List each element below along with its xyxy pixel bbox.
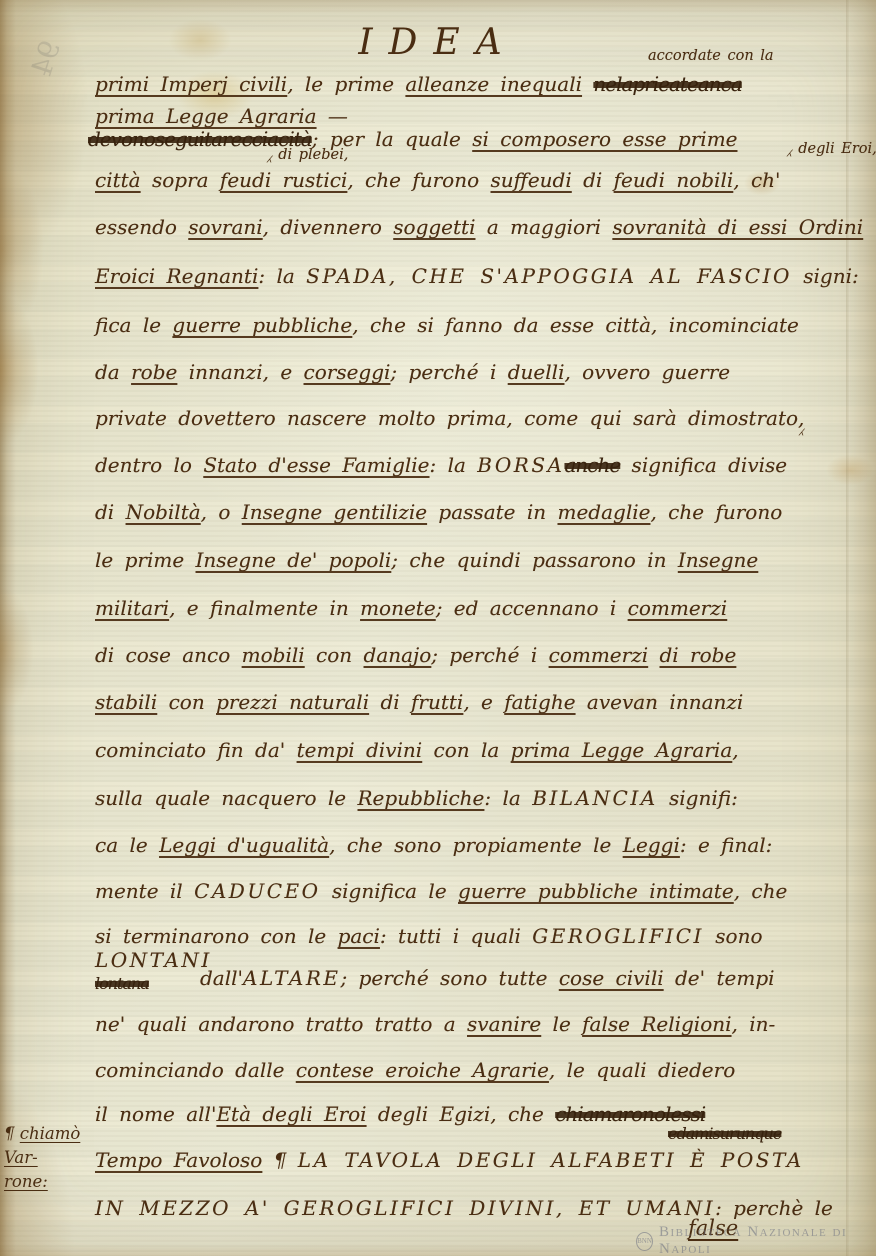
line-12: le prime Insegne de' popoli; che quindi … xyxy=(95,548,758,572)
line-16: cominciato fin da' tempi divini con la p… xyxy=(95,738,739,762)
line-21-strike: lontana xyxy=(95,974,149,993)
line-24-strike2: edamisurunque xyxy=(668,1124,781,1143)
line-22: ne' quali andarono tratto tratto a svani… xyxy=(95,1012,775,1036)
margin-note: ¶ chiamò Var- rone: xyxy=(4,1122,92,1194)
line-20: si terminarono con le paci: tutti i qual… xyxy=(95,924,763,948)
insertion-di-plebei: ⁁ di plebei, xyxy=(268,147,348,163)
line-03: devonoseguitarecciacità; per la quale si… xyxy=(88,127,738,151)
catchword: false xyxy=(688,1216,738,1240)
library-watermark: BNN Biblioteca Nazionale di Napoli xyxy=(636,1224,876,1256)
line-17: sulla quale nacquero le Repubbliche: la … xyxy=(95,786,738,810)
line-10: dentro lo Stato d'esse Famiglie: la BORS… xyxy=(95,453,787,477)
line-15: stabili con prezzi naturali di frutti, e… xyxy=(95,690,743,714)
line-21: dall'ALTARE; perché sono tutte cose civi… xyxy=(200,966,775,990)
bnn-logo-icon: BNN xyxy=(636,1232,653,1251)
line-06: Eroici Regnanti: la SPADA, CHE S'APPOGGI… xyxy=(95,264,859,288)
line-07: fica le guerre pubbliche, che si fanno d… xyxy=(95,313,799,337)
line-04: città sopra feudi rustici, che furono su… xyxy=(95,168,781,192)
insertion-to: ⁁ xyxy=(800,420,804,436)
line-09: private dovettero nascere molto prima, c… xyxy=(95,406,804,430)
insertion-accordate: accordate con la xyxy=(648,48,774,64)
manuscript-page: 94 IDEA accordate con laprimi Imperj civ… xyxy=(0,0,876,1256)
line-23: cominciando dalle contese eroiche Agrari… xyxy=(95,1058,735,1082)
line-05: essendo sovrani, divennero soggetti a ma… xyxy=(95,215,863,239)
line-18: ca le Leggi d'ugualità, che sono propiam… xyxy=(95,833,772,857)
line-19: mente il CADUCEO significa le guerre pub… xyxy=(95,879,787,903)
line-02: prima Legge Agraria — xyxy=(95,104,348,128)
margin-note-line2: rone: xyxy=(4,1172,48,1191)
line-01: primi Imperj civili, le prime alleanze i… xyxy=(95,72,742,96)
line-11: di Nobiltà, o Insegne gentilizie passate… xyxy=(95,500,782,524)
margin-note-line1: chiamò Var- xyxy=(4,1124,80,1167)
line-24: il nome all'Età degli Eroi degli Egizi, … xyxy=(95,1102,705,1126)
page-fold-line xyxy=(846,0,849,1256)
line-25: Tempo Favoloso ¶ LA TAVOLA DEGLI ALFABET… xyxy=(95,1148,804,1172)
insertion-degli-eroi: ⁁ degli Eroi, xyxy=(788,141,876,157)
line-08: da robe innanzi, e corseggi; perché i du… xyxy=(95,360,730,384)
line-21-lontani: LONTANI xyxy=(95,948,212,972)
line-14: di cose anco mobili con danajo; perché i… xyxy=(95,643,736,667)
margin-note-mark: ¶ xyxy=(4,1124,15,1143)
line-13: militari, e finalmente in monete; ed acc… xyxy=(95,596,727,620)
